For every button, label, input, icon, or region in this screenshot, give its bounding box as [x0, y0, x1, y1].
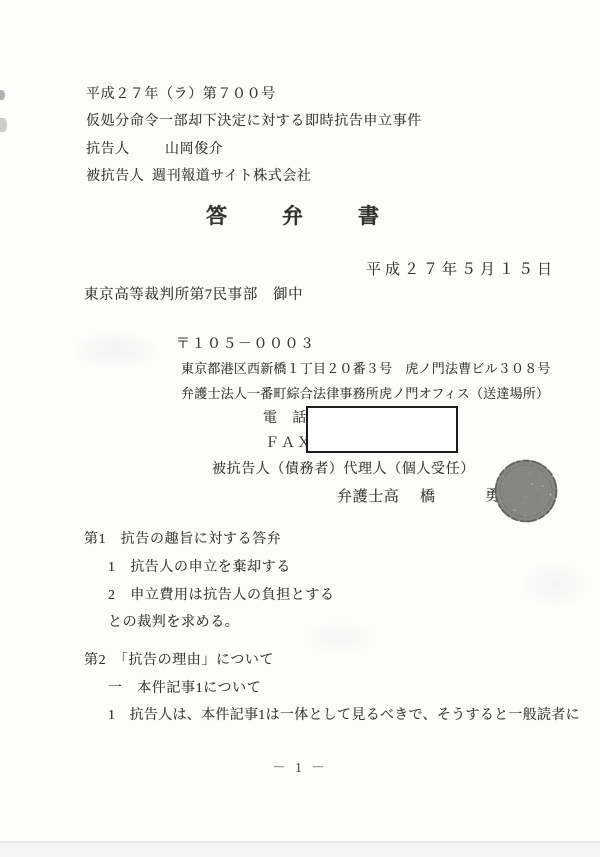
phone-label: 電 話: [263, 410, 307, 428]
scan-smudge: [300, 620, 380, 656]
attorney-name-part2: 橋: [420, 488, 436, 507]
appellee-row: 被抗告人週刊報道サイト株式会社: [86, 168, 312, 186]
appellant-name: 山岡俊介: [165, 142, 223, 157]
scan-smudge: [70, 330, 160, 370]
redacted-contact-box: [306, 406, 458, 453]
document-date: 平成２７年５月１５日: [366, 261, 556, 280]
scan-edge-artifact: [0, 90, 5, 100]
attorney-seal-stamp-icon: [492, 457, 560, 525]
court-address-line: 東京高等裁判所第7民事部 御中: [84, 286, 303, 304]
section2-heading: 第2 「抗告の理由」について: [84, 652, 274, 670]
seal-graphic: [492, 457, 560, 525]
section1-closing: との裁判を求める。: [108, 614, 239, 632]
scanner-background: [0, 843, 600, 857]
section2-subheading: 一 本件記事1について: [108, 680, 261, 698]
appellant-label: 抗告人: [86, 141, 165, 159]
scan-edge-artifact: [0, 118, 7, 132]
section1-heading: 第1 抗告の趣旨に対する答弁: [84, 531, 281, 549]
attorney-name-part1: 弁護士高: [337, 488, 399, 507]
document-title: 答 弁 書: [206, 203, 396, 229]
section1-item1: 1 抗告人の申立を棄却する: [108, 559, 291, 577]
case-name: 仮処分命令一部却下決定に対する即時抗告申立事件: [86, 113, 422, 131]
page-number: － 1 －: [0, 756, 600, 776]
scan-smudge: [520, 560, 590, 610]
representative-line: 被抗告人（債務者）代理人（個人受任）: [212, 461, 475, 479]
appellee-name: 週刊報道サイト株式会社: [152, 169, 312, 184]
case-number: 平成２７年（ラ）第７００号: [86, 86, 276, 104]
scanned-legal-document-page: 平成２７年（ラ）第７００号 仮処分命令一部却下決定に対する即時抗告申立事件 抗告…: [0, 0, 600, 857]
section2-item1: 1 抗告人は、本件記事1は一体として見るべきで、そうすると一般読者に: [108, 707, 580, 725]
postal-code: 〒１０５－０００３: [176, 336, 316, 354]
appellee-label: 被抗告人: [86, 168, 152, 186]
address-line-1: 東京都港区西新橋１丁目２０番３号 虎ノ門法曹ビル３０８号: [181, 361, 551, 377]
address-line-2: 弁護士法人一番町綜合法律事務所虎ノ門オフィス（送達場所）: [181, 386, 549, 402]
section1-item2: 2 申立費用は抗告人の負担とする: [108, 587, 335, 605]
appellant-row: 抗告人山岡俊介: [86, 141, 223, 159]
